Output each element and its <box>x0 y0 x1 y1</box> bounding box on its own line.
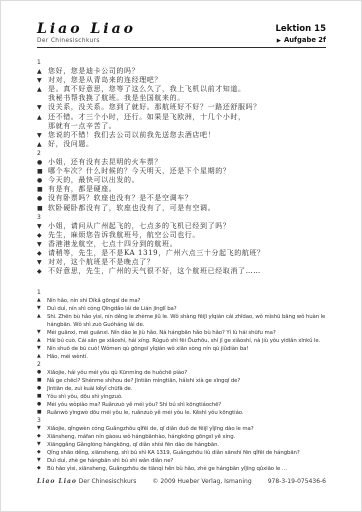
pinyin-text: Hái bú cuò. Cái sān ge xiǎoshí, hái xíng… <box>47 337 326 345</box>
dialogue-line: ■Ruǎnwò yìngwò dōu méi yǒu le, ruǎnzuò y… <box>37 409 326 417</box>
speaker-marker-icon: ▼ <box>37 240 48 249</box>
speaker-marker-icon: ▲ <box>37 337 47 345</box>
hanzi-text: 先生，麻烦您告诉我航班号，航空公司也行。 <box>48 231 326 240</box>
speaker-marker-icon: ● <box>37 385 47 393</box>
dialogue-line: ●没有卧票吗？软座也没有？是不是空调车？ <box>37 194 326 203</box>
pinyin-text: Duì duì, nín shì cóng Qīngdǎo lái de Liá… <box>47 305 326 313</box>
dialogue-line: ◆Qǐng shāo děng, xiānsheng, shì bú shì K… <box>37 449 326 457</box>
footer-brand-title: Liao Liao <box>37 478 77 485</box>
hanzi-text: 不好意思，先生，广州的天气很不好，这个航班已经取消了…… <box>48 267 326 276</box>
section-number: 3 <box>37 417 326 425</box>
hanzi-text: 哪个车次？什么时候的？今天明天，还是下个星期的？ <box>48 167 326 176</box>
dialogue-line: ◆Bù hǎo yìsi, xiānsheng, Guǎngzhōu de ti… <box>37 465 326 473</box>
pinyin-text: Duì duì, zhè ge hángbān shì bú shì wǎn d… <box>47 457 326 465</box>
lesson-title: Lektion 15 <box>276 24 327 34</box>
page-footer: Liao Liao Der Chinesischkurs © 2009 Hueb… <box>37 478 326 485</box>
pinyin-text: Qǐng shāo děng, xiānsheng, shì bú shì KA… <box>47 449 326 457</box>
speaker-marker-icon: ● <box>37 369 47 377</box>
speaker-marker-icon: ◆ <box>37 449 47 457</box>
hanzi-text: 小姐，请问从广州起飞的，七点多的飞机已经到了吗？ <box>48 222 326 231</box>
speaker-marker-icon: ▲ <box>37 353 47 361</box>
speaker-marker-icon: ▼ <box>37 345 47 353</box>
dialogue-line: ▲Hái bú cuò. Cái sān ge xiǎoshí, hái xín… <box>37 337 326 345</box>
pinyin-text: Méi guānxi, méi guānxi. Nín dào le jiù h… <box>47 329 326 337</box>
dialogue-line: ◆不好意思，先生，广州的天气很不好，这个航班已经取消了…… <box>37 267 326 276</box>
speaker-marker-icon: ● <box>37 158 48 167</box>
speaker-marker-icon: ◆ <box>37 433 47 441</box>
speaker-marker-icon: ▼ <box>37 222 48 231</box>
section-number: 2 <box>37 361 326 369</box>
dialogue-line: ▼小姐，请问从广州起飞的，七点多的飞机已经到了吗？ <box>37 222 326 231</box>
dialogue-line: ■Nǎ ge chēcì? Shénme shíhou de? Jīntiān … <box>37 377 326 385</box>
dialogue-line: ●Jīntiān de, zuì kuài kěyǐ chūfā de. <box>37 385 326 393</box>
dialogue-line: ▲您好，您是迪卡公司的吗？ <box>37 67 326 76</box>
dialogue-line: ▼Xiǎojie, qǐngwèn cóng Guǎngzhōu qǐfēi d… <box>37 425 326 433</box>
speaker-marker-icon: ▼ <box>37 329 47 337</box>
speaker-marker-icon: ● <box>37 176 48 185</box>
dialogue-line: ▼没关系，没关系。您到了就好。那航班好不好？一路还舒服吗？ <box>37 103 326 112</box>
footer-brand: Liao Liao Der Chinesischkurs <box>37 478 136 485</box>
speaker-marker-icon: ■ <box>37 409 47 417</box>
hanzi-text: 那就有一点辛苦了。 <box>48 122 326 131</box>
pinyin-text: Nín shuō de bú cuò! Wǒmen qù gōngsī yǐqi… <box>47 345 326 353</box>
speaker-marker-icon: ■ <box>37 185 48 194</box>
lesson-block: Lektion 15 ▶Aufgabe 2f <box>276 24 327 44</box>
dialogue-line: ▲是。真不好意思，您等了这么久了，我上飞机以前才知道。 <box>37 85 326 94</box>
hanzi-text: 您说的不错！我们去公司以前我先送您去酒店吧！ <box>48 131 326 140</box>
speaker-marker-icon: ▼ <box>37 258 48 267</box>
dialogue-line: ▲好，没问题。 <box>37 140 326 149</box>
speaker-marker-icon <box>37 122 48 131</box>
section-number: 1 <box>37 289 326 297</box>
dialogue-line: ■Yǒu shì yǒu, dōu shì yìngzuò. <box>37 393 326 401</box>
pinyin-text: hángbān. Wǒ shì zuò Guóháng lái de. <box>47 321 326 329</box>
pinyin-text: Nǎ ge chēcì? Shénme shíhou de? Jīntiān m… <box>47 377 326 385</box>
speaker-marker-icon: ▼ <box>37 103 48 112</box>
pinyin-text: Xiānggǎng Gǎnglóng hángkōng, qī diǎn shí… <box>47 441 326 449</box>
section-number: 3 <box>37 213 326 222</box>
dialogue-line: hángbān. Wǒ shì zuò Guóháng lái de. <box>37 321 326 329</box>
pinyin-text: Shì. Zhēn bù hǎo yìsi, nín děng le zhème… <box>47 313 326 321</box>
dialogue-line: ●今天的，最快可以出发的。 <box>37 176 326 185</box>
task-title: ▶Aufgabe 2f <box>276 36 327 44</box>
speaker-marker-icon: ▲ <box>37 313 47 321</box>
speaker-marker-icon: ▲ <box>37 297 47 305</box>
hanzi-text: 没有卧票吗？软座也没有？是不是空调车？ <box>48 194 326 203</box>
dialogue-line: ▲Nín hǎo, nín shì Díkǎ gōngsī de ma? <box>37 297 326 305</box>
hanzi-text: 没关系，没关系。您到了就好。那航班好不好？一路还舒服吗？ <box>48 103 326 112</box>
hanzi-text: 软卧硬卧都没有了，软座也没有了，可是有空调。 <box>48 204 326 213</box>
dialogue-line: ●Méi yǒu wòpiào ma? Ruǎnzuò yě méi yǒu? … <box>37 401 326 409</box>
speaker-marker-icon: ▼ <box>37 131 48 140</box>
header-divider <box>37 47 326 48</box>
speaker-marker-icon: ▲ <box>37 113 48 122</box>
speaker-marker-icon: ■ <box>37 377 47 385</box>
hanzi-text: 今天的，最快可以出发的。 <box>48 176 326 185</box>
dialogue-line: ▼Xiānggǎng Gǎnglóng hángkōng, qī diǎn sh… <box>37 441 326 449</box>
hanzi-text: 对对，您是从青岛来的连经理吧？ <box>48 76 326 85</box>
speaker-marker-icon <box>37 94 48 103</box>
brand-title: Liao Liao <box>37 21 136 37</box>
dialogue-line: ◆Xiānsheng, máfan nín gàosu wǒ hángbānhà… <box>37 433 326 441</box>
pinyin-text: Méi yǒu wòpiào ma? Ruǎnzuò yě méi yǒu? S… <box>47 401 326 409</box>
speaker-marker-icon: ■ <box>37 167 48 176</box>
dialogue-line: ▼对对，您是从青岛来的连经理吧？ <box>37 76 326 85</box>
page-header: Liao Liao Der Chinesischkurs Lektion 15 … <box>37 21 326 44</box>
pinyin-text: Ruǎnwò yìngwò dōu méi yǒu le, ruǎnzuò yě… <box>47 409 326 417</box>
brand-subtitle: Der Chinesischkurs <box>37 38 136 44</box>
hanzi-text: 香港港龙航空，七点十四分到的航班。 <box>48 240 326 249</box>
speaker-marker-icon: ▼ <box>37 305 47 313</box>
pinyin-text: Jīntiān de, zuì kuài kěyǐ chūfā de. <box>47 385 326 393</box>
pinyin-text: Hǎo, méi wèntí. <box>47 353 326 361</box>
speaker-marker-icon: ▼ <box>37 76 48 85</box>
hanzi-dialogues: 1 ▲您好，您是迪卡公司的吗？ ▼对对，您是从青岛来的连经理吧？ ▲是。真不好意… <box>37 58 326 276</box>
speaker-marker-icon: ◆ <box>37 267 48 276</box>
dialogue-line: ▼Duì duì, zhè ge hángbān shì bú shì wǎn … <box>37 457 326 465</box>
footer-isbn: 978-3-19-075436-6 <box>268 478 326 485</box>
hanzi-text: 小姐，还有没有去昆明的火车票？ <box>48 158 326 167</box>
pinyin-text: Xiǎojie, qǐngwèn cóng Guǎngzhōu qǐfēi de… <box>47 425 326 433</box>
dialogue-line: ▼香港港龙航空，七点十四分到的航班。 <box>37 240 326 249</box>
pinyin-text: Xiānsheng, máfan nín gàosu wǒ hángbānhào… <box>47 433 326 441</box>
dialogue-line: ▼对对，这个航班是不是晚点了？ <box>37 258 326 267</box>
brand-logo: Liao Liao Der Chinesischkurs <box>37 21 136 44</box>
speaker-marker-icon: ▲ <box>37 85 48 94</box>
dialogue-line: ▼Duì duì, nín shì cóng Qīngdǎo lái de Li… <box>37 305 326 313</box>
speaker-marker-icon: ▼ <box>37 425 47 433</box>
dialogue-line: ●小姐，还有没有去昆明的火车票？ <box>37 158 326 167</box>
section-number: 2 <box>37 149 326 158</box>
speaker-marker-icon: ▼ <box>37 441 47 449</box>
dialogue-line: ◆先生，麻烦您告诉我航班号，航空公司也行。 <box>37 231 326 240</box>
dialogue-line: 那就有一点辛苦了。 <box>37 122 326 131</box>
speaker-marker-icon: ◆ <box>37 231 48 240</box>
dialogue-line: ▼Nín shuō de bú cuò! Wǒmen qù gōngsī yǐq… <box>37 345 326 353</box>
textbook-page: Liao Liao Der Chinesischkurs Lektion 15 … <box>0 0 362 512</box>
hanzi-text: 还不错。才三个小时，还行。如果是飞欧洲，十几个小时， <box>48 113 326 122</box>
speaker-marker-icon <box>37 321 47 329</box>
task-label: Aufgabe 2f <box>284 36 326 44</box>
pinyin-text: Bù hǎo yìsi, xiānsheng, Guǎngzhōu de tiā… <box>47 465 326 473</box>
speaker-marker-icon: ● <box>37 194 48 203</box>
dialogue-line: ■软卧硬卧都没有了，软座也没有了，可是有空调。 <box>37 204 326 213</box>
speaker-marker-icon: ▲ <box>37 67 48 76</box>
hanzi-text: 是。真不好意思，您等了这么久了，我上飞机以前才知道。 <box>48 85 326 94</box>
hanzi-text: 您好，您是迪卡公司的吗？ <box>48 67 326 76</box>
pinyin-dialogues: 1 ▲Nín hǎo, nín shì Díkǎ gōngsī de ma? ▼… <box>37 289 326 473</box>
hanzi-text: 对对，这个航班是不是晚点了？ <box>48 258 326 267</box>
dialogue-line: ▼Méi guānxi, méi guānxi. Nín dào le jiù … <box>37 329 326 337</box>
pinyin-text: Yǒu shì yǒu, dōu shì yìngzuò. <box>47 393 326 401</box>
hanzi-text: 好，没问题。 <box>48 140 326 149</box>
hanzi-text: 请稍等，先生，是不是KA 1319，广州六点三十分起飞的航班？ <box>48 249 326 258</box>
dialogue-line: ▲Hǎo, méi wèntí. <box>37 353 326 361</box>
dialogue-line: ▼您说的不错！我们去公司以前我先送您去酒店吧！ <box>37 131 326 140</box>
speaker-marker-icon: ◆ <box>37 465 47 473</box>
dialogue-line: ◆请稍等，先生，是不是KA 1319，广州六点三十分起飞的航班？ <box>37 249 326 258</box>
dialogue-line: ■哪个车次？什么时候的？今天明天，还是下个星期的？ <box>37 167 326 176</box>
speaker-marker-icon: ▼ <box>37 457 47 465</box>
footer-copyright: © 2009 Hueber Verlag, Ismaning <box>152 478 251 485</box>
speaker-marker-icon: ▲ <box>37 140 48 149</box>
section-number: 1 <box>37 58 326 67</box>
dialogue-line: ▲还不错。才三个小时，还行。如果是飞欧洲，十几个小时， <box>37 113 326 122</box>
task-arrow-icon: ▶ <box>277 38 281 44</box>
pinyin-text: Nín hǎo, nín shì Díkǎ gōngsī de ma? <box>47 297 326 305</box>
speaker-marker-icon: ● <box>37 401 47 409</box>
speaker-marker-icon: ◆ <box>37 249 48 258</box>
speaker-marker-icon: ■ <box>37 204 48 213</box>
dialogue-line: ▲Shì. Zhēn bù hǎo yìsi, nín děng le zhèm… <box>37 313 326 321</box>
dialogue-line: ●Xiǎojie, hái yǒu méi yǒu qù Kūnmíng de … <box>37 369 326 377</box>
speaker-marker-icon: ■ <box>37 393 47 401</box>
footer-brand-subtitle: Der Chinesischkurs <box>79 478 137 485</box>
pinyin-text: Xiǎojie, hái yǒu méi yǒu qù Kūnmíng de h… <box>47 369 326 377</box>
